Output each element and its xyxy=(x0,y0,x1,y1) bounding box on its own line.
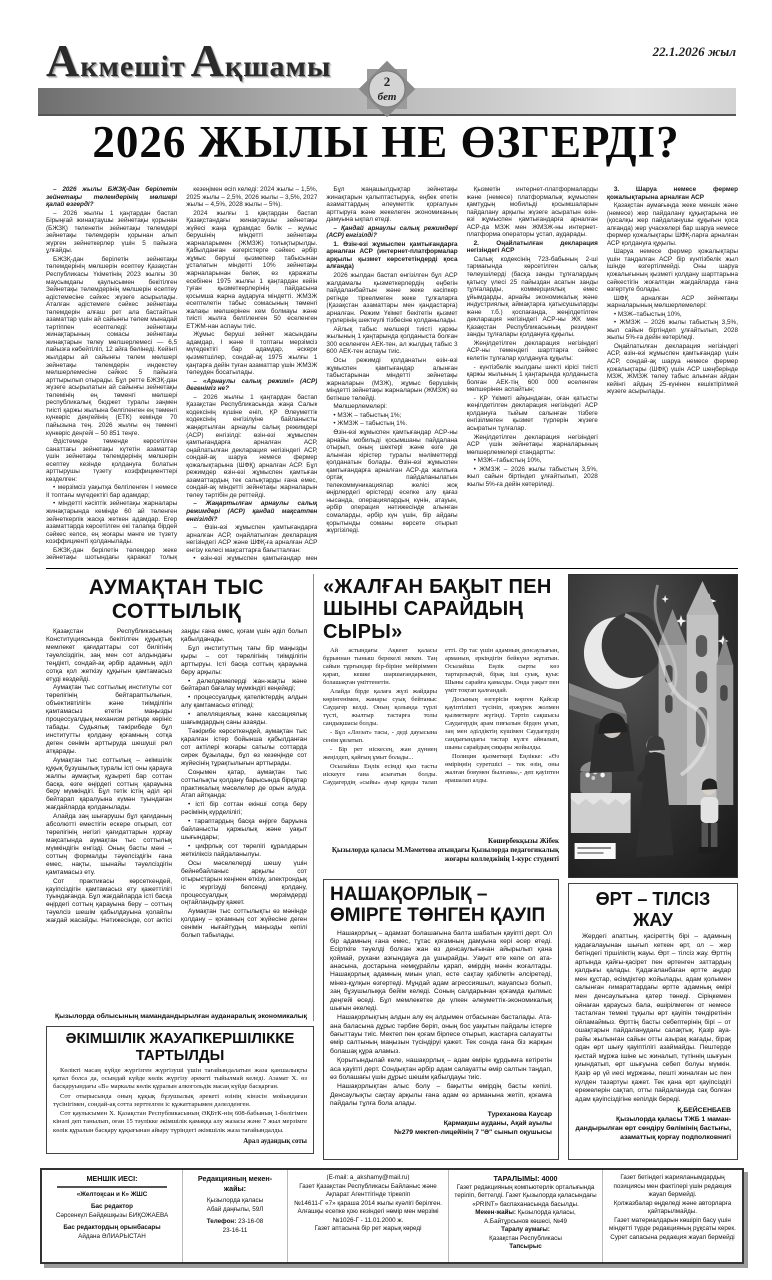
address-line2: Абай даңғылы, 59Л xyxy=(188,1206,282,1215)
publication-frequency: Газет аптасына бір рет жарық көреді xyxy=(293,1225,443,1234)
paragraph: Айлық табыс мөлшері тиісті қаржы жылының… xyxy=(326,326,457,356)
phone-1: 23-16-08 xyxy=(238,1218,263,1225)
editor-name: Сәрсенкүл Бәйдешқызы БИҚОЖАЕВА xyxy=(47,1212,177,1221)
paragraph: Осы режимді қолданатын өзін-өзі жұмыспен… xyxy=(326,357,457,402)
phone-2: 23-16-11 xyxy=(188,1227,282,1236)
paragraph: – Өзін-өзі жұмыспен қамтығандарға арналғ… xyxy=(186,524,317,554)
divider xyxy=(57,1186,168,1188)
paragraph: 2024 жылғы 1 қаңтардан бастап Қазақстанд… xyxy=(186,210,317,331)
drugs-author-line2: №279 мектеп-лицейінің 7 "Ә" сынып оқушыс… xyxy=(394,1129,552,1136)
address-header: Редакцияның мекен-жайы: xyxy=(188,1174,282,1193)
main-headline: 2026 ЖЫЛЫ НЕ ӨЗГЕРДІ? xyxy=(0,116,772,168)
drugs-author-name: Туреханова Каусар xyxy=(488,1111,552,1118)
paragraph: • ЖМЗЖ – 2026 жылы табыстың 3,5%, жыл са… xyxy=(607,319,738,342)
paragraph: – 2026 жылғы 1 қаңтардан бастап Бірыңғай… xyxy=(46,210,177,255)
deputy-title: Бас редактордың орынбасары xyxy=(47,1224,177,1233)
fire-article: ӨРТ – ТІЛСІЗ ЖАУ Жердегі апаттың, қасіре… xyxy=(568,883,738,1160)
paragraph: 2. Оңайлатылған декларация негізіндегі А… xyxy=(467,240,598,255)
story-title-line1: «ЖАЛҒАН БАҚЫТ ПЕН xyxy=(323,576,552,598)
paragraph: • тараптардың басқа өңірге баруына байла… xyxy=(181,818,307,842)
paragraph: Қорытындылай келе, нашақорлық – адам өмі… xyxy=(330,1057,552,1082)
paragraph: • апелляциялық және кассациялық шағымдар… xyxy=(181,711,307,727)
admin-title-line1: ӘКІМШІЛІК ЖАУАПКЕРШІЛІККЕ xyxy=(66,1030,295,1047)
main-article-column-3: Бұл жаңашылдықтар зейнетақы жинақтарын қ… xyxy=(326,186,457,562)
paragraph: • ЖМЗЖ – табыстың 1%. xyxy=(326,420,457,428)
paragraph: Қазақстан аумағында жеке меншік және (не… xyxy=(607,202,738,247)
newspaper-title: Акмешіт Ақшамы xyxy=(46,34,331,87)
story-illustration xyxy=(568,574,738,878)
paragraph: БЖЗҚ-дан берілетін төлемдер жеке зейнета… xyxy=(46,547,177,562)
main-article: – 2026 жылы БЖЗҚ-дан берілетін зейнетақы… xyxy=(46,186,738,562)
paragraph: Жұмыс беруші зейнет жасындағы адамдар, І… xyxy=(186,331,317,376)
paragraph: • МЗЖ–табыстың 10%, xyxy=(607,311,738,319)
paragraph: Жеңілдетілген декларация негізіндегі АСР… xyxy=(467,340,598,363)
paragraph: Әдістемеде төменде көрсетілген санаттағы… xyxy=(46,438,177,483)
paragraph: Алайда бірде қалаға жүзі жайдары көрінге… xyxy=(323,688,437,728)
circulation-header: ТАРАЛЫМЫ: 4000 xyxy=(454,1174,597,1184)
drugs-article-body: Нашақорлық – адамзат болашағына балта ша… xyxy=(330,930,552,1109)
paragraph: Бұл институттың тағы бір маңызды қыры – … xyxy=(181,645,307,677)
drugs-title-line1: НАШАҚОРЛЫҚ – xyxy=(330,884,487,905)
main-article-column-5: 3. Шаруа немесе фермер қожалықтарына арн… xyxy=(607,186,738,562)
paragraph: Алайда заң шығарушы бұл қағиданың абсолю… xyxy=(46,813,172,876)
paragraph: • мерзімсіз уақытқа белгіленген І немесе… xyxy=(46,484,177,499)
paragraph: 2026 жылдан бастап енгізілген бұл АСР жа… xyxy=(326,272,457,325)
title-initial-2: А xyxy=(191,35,225,86)
deputy-name: Айдана ӘЛИАРЫСТАН xyxy=(47,1233,177,1242)
registration-line4: №1026-Г - 11.01.2000 ж. xyxy=(293,1217,443,1226)
fire-author-block: Қ.БЕЙСЕНБАЕВ Қызылорда қаласы ТЖБ 1 мама… xyxy=(575,1107,731,1142)
artist-label xyxy=(575,843,616,859)
court-article-byline: Қызылорда облысының мамандандырылған ауд… xyxy=(46,1013,307,1021)
paragraph: Аумақтан тыс соттылық – әкімшілік құқық … xyxy=(46,757,172,812)
owner-company: «Желтоқсан и К» ЖШС xyxy=(47,1191,177,1200)
illustration-art xyxy=(569,575,737,877)
paragraph: • дәлелдемелерді жан-жақты және бейтарап… xyxy=(181,678,307,694)
issue-date: 22.1.2026 жыл xyxy=(653,44,736,60)
main-article-column-1: – 2026 жылы БЖЗҚ-дан берілетін зейнетақы… xyxy=(46,186,177,562)
paragraph: – «Арнаулы салық режимі» (АСР) дегеніміз… xyxy=(186,378,317,393)
paragraph: Тәжірибе көрсеткендей, аумақтан тыс қара… xyxy=(181,728,307,768)
owner-header: МЕНШІК ИЕСІ: xyxy=(47,1174,177,1184)
paragraph: Оңайлатылған декларация негізіндегі АСР,… xyxy=(607,343,738,396)
fire-article-body: Жердегі апаттың, қасіреттің бірі – адамн… xyxy=(575,933,731,1104)
paragraph: Жердегі апаттың, қасіреттің бірі – адамн… xyxy=(575,933,731,1104)
paragraph: Қызметін интернет-платформаларды және (н… xyxy=(467,186,598,239)
middle-section: АУМАҚТАН ТЫС СОТТЫЛЫҚ Қазақстан Республи… xyxy=(46,568,738,1160)
drugs-article: НАШАҚОРЛЫҚ – ӨМІРГЕ ТӨНГЕН ҚАУІП Нашақор… xyxy=(323,879,559,1160)
fire-article-title: ӨРТ – ТІЛСІЗ ЖАУ xyxy=(575,889,731,931)
paragraph: Мөлшерлемелері: xyxy=(326,403,457,411)
paragraph: • цифрлық сот төрелігі құралдарын жеткіл… xyxy=(181,843,307,859)
page-label: бет xyxy=(378,91,397,103)
admin-liability-article: ӘКІМШІЛІК ЖАУАПКЕРШІЛІККЕ ТАРТЫЛДЫ Көлік… xyxy=(46,1026,314,1154)
drugs-title-line2: ӨМІРГЕ ТӨНГЕН ҚАУІП xyxy=(330,905,545,926)
court-article-body: Қазақстан Республикасының Конституциясын… xyxy=(46,628,307,1010)
paragraph: 3. Шаруа немесе фермер қожалықтарына арн… xyxy=(607,186,738,201)
registration-line3: Алғашқы есепке қою кезіндегі нөмір мен м… xyxy=(293,1208,443,1217)
admin-article-title: ӘКІМШІЛІК ЖАУАПКЕРШІЛІККЕ ТАРТЫЛДЫ xyxy=(53,1031,307,1064)
center-column: «ЖАЛҒАН БАҚЫТ ПЕН ШЫНЫ САРАЙДЫҢ СЫРЫ» Ай… xyxy=(323,574,559,1160)
imprint-box: МЕНШІК ИЕСІ: «Желтоқсан и К» ЖШС Бас ред… xyxy=(40,1168,744,1264)
distribution-area: Қазақстан Республикасы xyxy=(454,1235,597,1244)
paragraph: • ЖМЗЖ – 2026 жылы табыстың 3,5%, жыл са… xyxy=(467,466,598,489)
title-initial-1: А xyxy=(46,35,80,86)
page-number: 2 xyxy=(384,74,391,89)
editor-title: Бас редактор xyxy=(47,1203,177,1212)
court-article: АУМАҚТАН ТЫС СОТТЫЛЫҚ Қазақстан Республи… xyxy=(46,574,314,1021)
print-info: Газет редакцияның компьютерлік орталығын… xyxy=(454,1184,597,1210)
story-article-body: Ай астындағы Ақкент қаласы бұрыннан тыны… xyxy=(323,647,559,833)
paragraph: Осы мәселелерді шешу үшін бейнебайланыс … xyxy=(181,860,307,908)
admin-title-line2: ТАРТЫЛДЫ xyxy=(136,1047,225,1064)
distribution-label: Таралу аумағы: xyxy=(454,1226,597,1235)
right-column: ӨРТ – ТІЛСІЗ ЖАУ Жердегі апаттың, қасіре… xyxy=(568,574,738,1160)
registration-line2: №14611-Г «7» қараша 2014 жылы куәлігі бе… xyxy=(293,1200,443,1209)
disclaimer-line2: Қолжазбалар өңделеді және авторларға қай… xyxy=(608,1200,737,1217)
story-title-line2: ШЫНЫ САРАЙДЫҢ СЫРЫ» xyxy=(323,598,523,642)
admin-article-byline: Арал аудандық соты xyxy=(53,1138,307,1145)
paragraph: Соңымен қатар, аумақтан тыс соттылықты қ… xyxy=(181,769,307,801)
address-line1: Қызылорда қаласы xyxy=(188,1197,282,1206)
title-rest-1: кмешіт xyxy=(80,50,185,83)
paragraph: Көлікті масаң күйде жүргізген жүргізуші … xyxy=(53,1067,307,1092)
paragraph: 1. Өзін-өзі жұмыспен қамтығандарға арнал… xyxy=(326,241,457,271)
paragraph: • МЗЖ–табыстың 10%, xyxy=(467,457,598,465)
paragraph: Нашақорлық – адамзат болашағына балта ша… xyxy=(330,930,552,1014)
page-number-badge: 2 бет xyxy=(356,58,418,120)
paragraph: Сот отырысында оның құқық бұзушылық әрек… xyxy=(53,1093,307,1109)
imprint-registration: (E-mail: a_akshamy@mail.ru) Газет Қазақс… xyxy=(287,1170,448,1262)
paragraph: - Бір рет иіскесең, жан дүниең жеңілдеп,… xyxy=(323,746,437,762)
registration-line1: Газет Қазақстан Республикасы Байланыс жә… xyxy=(293,1183,443,1200)
drugs-article-title: НАШАҚОРЛЫҚ – ӨМІРГЕ ТӨНГЕН ҚАУІП xyxy=(330,884,552,927)
order-label: Тапсырыс xyxy=(454,1243,597,1252)
imprint-address: Редакцияның мекен-жайы: Қызылорда қаласы… xyxy=(182,1170,287,1262)
paragraph: - ҚР Үкіметі айқындаған, оған қатысты же… xyxy=(467,395,598,433)
drugs-author-block: Туреханова Каусар Қармақшы ауданы, Ақай … xyxy=(330,1111,552,1137)
story-author-block: Көшербекқызы Жібек Қызылорда қаласы М.Мә… xyxy=(323,837,559,864)
paragraph: Аумақтан тыс соттылықты өз мәнінде қолда… xyxy=(181,908,307,940)
fire-author-name: Қ.БЕЙСЕНБАЕВ xyxy=(677,1107,731,1114)
disclaimer-line3: Газет материалдарын көшіріп басу үшін мі… xyxy=(608,1217,737,1234)
paragraph: Полиция қызметкері Еңлікке: «Өз өміріңні… xyxy=(445,753,559,785)
paragraph: Қазақстан Республикасының Конституциясын… xyxy=(46,628,172,683)
story-author-info: Қызылорда қаласы М.Мәметова атындағы Қыз… xyxy=(332,846,559,863)
paragraph: Жеңілдетілген декларация негізіндегі АСР… xyxy=(467,434,598,457)
story-author-name: Көшербекқызы Жібек xyxy=(488,837,559,845)
paragraph: ШФҚ арналған АСР зейнетақы жарналарының … xyxy=(607,295,738,310)
main-article-column-4: Қызметін интернет-платформаларды және (н… xyxy=(467,186,598,562)
paragraph: - күнтізбелік жылдағы шекті кірісі тиіст… xyxy=(467,364,598,394)
paragraph: Өзін-өзі жұмыспен қамтығандар АСР-ны арн… xyxy=(326,429,457,535)
imprint-circulation: ТАРАЛЫМЫ: 4000 Газет редакцияның компьют… xyxy=(448,1170,602,1262)
paragraph: - Бұл «Ләззат» тасы, - деді дауысына сен… xyxy=(323,729,437,745)
admin-article-body: Көлікті масаң күйде жүргізген жүргізуші … xyxy=(53,1067,307,1135)
paragraph: Аумақтан тыс соттылық институты сот төре… xyxy=(46,684,172,755)
paragraph: – Жаңартылған арнаулы салық режимдері (А… xyxy=(186,500,317,523)
paragraph: • процессуалдық қателіктердің алдын алу … xyxy=(181,694,307,710)
paragraph: Нашақорлықтан алыс болу – бақытты өмірді… xyxy=(330,1083,552,1108)
email: (E-mail: a_akshamy@mail.ru) xyxy=(293,1174,443,1183)
paragraph: – 2026 жылы БЖЗҚ-дан берілетін зейнетақы… xyxy=(46,186,177,209)
newspaper-page: 22.1.2026 жыл Акмешіт Ақшамы 2 бет 2026 … xyxy=(0,0,772,1280)
story-article-title: «ЖАЛҒАН БАҚЫТ ПЕН ШЫНЫ САРАЙДЫҢ СЫРЫ» xyxy=(323,576,559,643)
story-article: «ЖАЛҒАН БАҚЫТ ПЕН ШЫНЫ САРАЙДЫҢ СЫРЫ» Ай… xyxy=(323,574,559,874)
paragraph: кезеңімен өсіп келеді: 2024 жылы – 1,5%,… xyxy=(186,186,317,209)
paragraph: Ай астындағы Ақкент қаласы бұрыннан тыны… xyxy=(323,647,437,687)
paragraph: – Қандай арнаулы салық режимдері (АСР) е… xyxy=(326,225,457,240)
paragraph: Шаруа немесе фермер қожалықтары үшін таң… xyxy=(607,248,738,293)
paragraph: • МЗЖ – табыстың 1%; xyxy=(326,412,457,420)
paragraph: – 2026 жылғы 1 қаңтардан бастап Қазақста… xyxy=(186,394,317,500)
imprint-owner: МЕНШІК ИЕСІ: «Желтоқсан и К» ЖШС Бас ред… xyxy=(42,1170,182,1262)
paragraph: Нашақорлықтың алдын алу ең алдымен отбас… xyxy=(330,1014,552,1056)
court-article-title: АУМАҚТАН ТЫС СОТТЫЛЫҚ xyxy=(46,576,307,624)
disclaimer-line1: Газет бетіндегі жарияланымдардың позиция… xyxy=(608,1174,737,1200)
main-article-column-2: кезеңімен өсіп келеді: 2024 жылы – 1,5%,… xyxy=(186,186,317,562)
imprint-disclaimer: Газет бетіндегі жарияланымдардың позиция… xyxy=(602,1170,742,1262)
phone-label: Телефон: xyxy=(207,1218,237,1225)
paragraph: БЖЗҚ-дан берілетін зейнетақы төлемдеріні… xyxy=(46,256,177,437)
paragraph: • өзін-өзі жұмыспен қамтығандар мен шағы… xyxy=(186,555,317,562)
paragraph: • істі бір соттан екінші сотқа беру рәсі… xyxy=(181,801,307,817)
paragraph: Сот қаулысымен Х. Қазақстан Республикасы… xyxy=(53,1110,307,1135)
paragraph: Бұл жаңашылдықтар зейнетақы жинақтарын қ… xyxy=(326,186,457,224)
disclaimer-line4: Сурет сапасына редакция жауап бермейді xyxy=(608,1234,737,1243)
print-address-label: Мекен-жайы: xyxy=(475,1209,516,1216)
paragraph: Досының өзгерісін көрген Қайсар қауіптіл… xyxy=(445,696,559,752)
drugs-author-line1: Қармақшы ауданы, Ақай ауылы xyxy=(444,1120,552,1127)
paragraph: Салық кодексінің 723-бабының 2-ші тармағ… xyxy=(467,256,598,339)
paragraph: • міндетті кәсіптік зейнетақы жарналары … xyxy=(46,500,177,545)
left-column: АУМАҚТАН ТЫС СОТТЫЛЫҚ Қазақстан Республи… xyxy=(46,574,314,1160)
fire-author-info: Қызылорда қаласы ТЖБ 1 маман­дандырылған… xyxy=(576,1116,731,1141)
title-rest-2: қшамы xyxy=(225,50,331,83)
